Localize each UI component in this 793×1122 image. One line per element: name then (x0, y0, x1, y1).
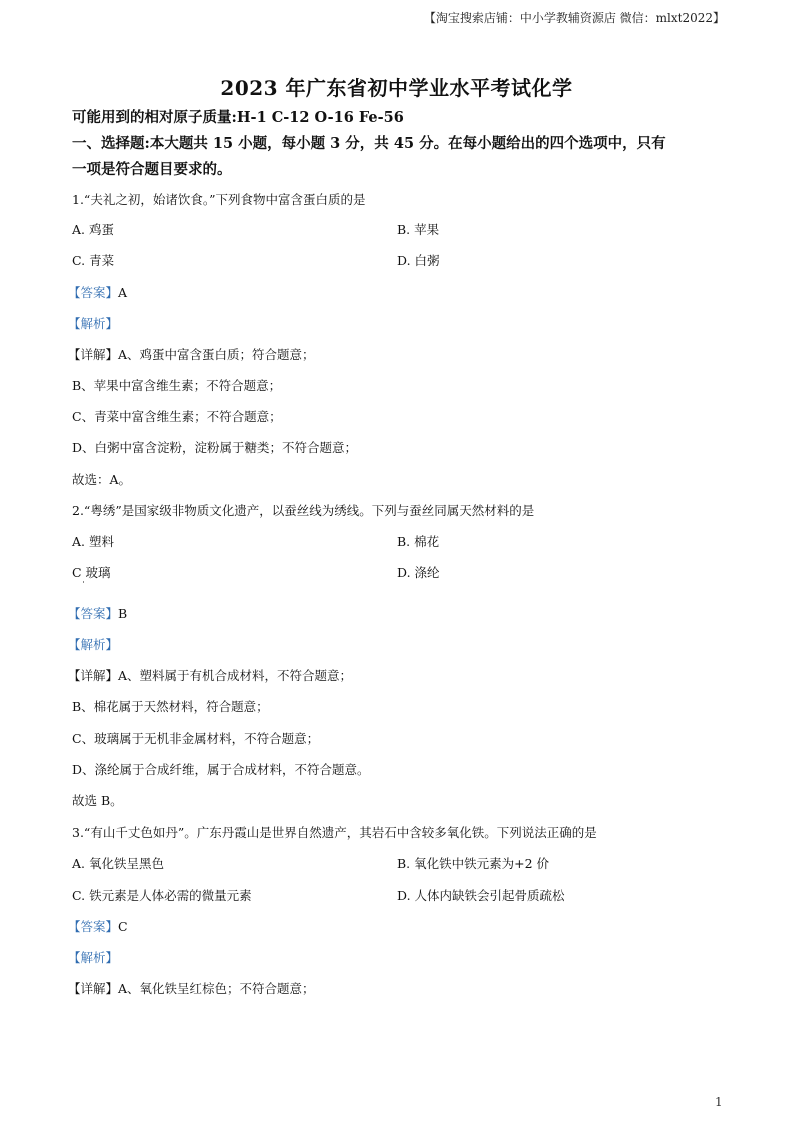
watermark-text: 【淘宝搜索店铺：中小学教辅资源店 微信：mlxt2022】 (424, 9, 725, 26)
question-1-analysis-tag: 【解析】 (68, 314, 118, 332)
question-2-detail-2: B、棉花属于天然材料，符合题意； (72, 697, 269, 715)
question-1-detail-1: 【详解】A、鸡蛋中富含蛋白质；符合题意； (68, 345, 315, 363)
detail-text: A、氧化铁呈红棕色；不符合题意； (118, 981, 315, 996)
question-3-option-b: B. 氧化铁中铁元素为+2 价 (397, 854, 549, 872)
question-1-stem: 1.“夫礼之初，始诸饮食。”下列食物中富含蛋白质的是 (72, 190, 365, 208)
page-title: 2023 年广东省初中学业水平考试化学 (0, 72, 793, 101)
atomic-masses-note: 可能用到的相对原子质量:H-1 C-12 O-16 Fe-56 (72, 106, 404, 127)
question-3-detail-1: 【详解】A、氧化铁呈红棕色；不符合题意； (68, 979, 315, 997)
answer-tag: 【答案】 (68, 285, 118, 300)
question-2-answer: 【答案】B (68, 604, 127, 622)
detail-tag: 【详解】 (68, 981, 118, 996)
question-3-option-d: D. 人体内缺铁会引起骨质疏松 (397, 886, 565, 904)
question-2-option-d: D. 涤纶 (397, 563, 440, 581)
detail-text: A、鸡蛋中富含蛋白质；符合题意； (118, 347, 315, 362)
question-1-option-d: D. 白粥 (397, 251, 440, 269)
question-2-analysis-tag: 【解析】 (68, 635, 118, 653)
question-1-detail-3: C、青菜中富含维生素；不符合题意； (72, 407, 282, 425)
question-1-option-c: C. 青菜 (72, 251, 114, 269)
section-heading-line-2: 一项是符合题目要求的。 (72, 158, 232, 179)
question-1-option-a: A. 鸡蛋 (72, 220, 114, 238)
question-3-option-c: C. 铁元素是人体必需的微量元素 (72, 886, 252, 904)
question-2-option-b: B. 棉花 (397, 532, 439, 550)
question-3-answer: 【答案】C (68, 917, 128, 935)
question-1-detail-4: D、白粥中富含淀粉，淀粉属于糖类；不符合题意； (72, 438, 357, 456)
question-1-answer: 【答案】A (68, 283, 127, 301)
question-1-option-b: B. 苹果 (397, 220, 439, 238)
answer-value: B (118, 606, 127, 621)
question-3-analysis-tag: 【解析】 (68, 948, 118, 966)
answer-value: A (118, 285, 127, 300)
answer-value: C (118, 919, 128, 934)
detail-tag: 【详解】 (68, 668, 118, 683)
detail-text: A、塑料属于有机合成材料，不符合题意； (118, 668, 352, 683)
question-2-detail-3: C、玻璃属于无机非金属材料，不符合题意； (72, 729, 319, 747)
question-1-conclusion: 故选：A。 (72, 470, 131, 488)
section-heading-line-1: 一、选择题:本大题共 15 小题，每小题 3 分，共 45 分。在每小题给出的四… (72, 132, 666, 153)
question-2-detail-4: D、涤纶属于合成纤维，属于合成材料，不符合题意。 (72, 760, 370, 778)
page-number: 1 (715, 1095, 723, 1109)
detail-tag: 【详解】 (68, 347, 118, 362)
question-3-stem: 3.“有山千丈色如丹”。广东丹霞山是世界自然遗产，其岩石中含较多氧化铁。下列说法… (72, 823, 597, 841)
stray-mark (83, 581, 84, 583)
answer-tag: 【答案】 (68, 919, 118, 934)
question-1-detail-2: B、苹果中富含维生素；不符合题意； (72, 376, 281, 394)
question-2-detail-1: 【详解】A、塑料属于有机合成材料，不符合题意； (68, 666, 352, 684)
answer-tag: 【答案】 (68, 606, 118, 621)
question-2-stem: 2.“粤绣”是国家级非物质文化遗产，以蚕丝线为绣线。下列与蚕丝同属天然材料的是 (72, 501, 534, 519)
question-2-conclusion: 故选 B。 (72, 791, 123, 809)
question-2-option-a: A. 塑料 (72, 532, 114, 550)
question-2-option-c: C 玻璃 (72, 563, 111, 581)
question-3-option-a: A. 氧化铁呈黑色 (72, 854, 164, 872)
